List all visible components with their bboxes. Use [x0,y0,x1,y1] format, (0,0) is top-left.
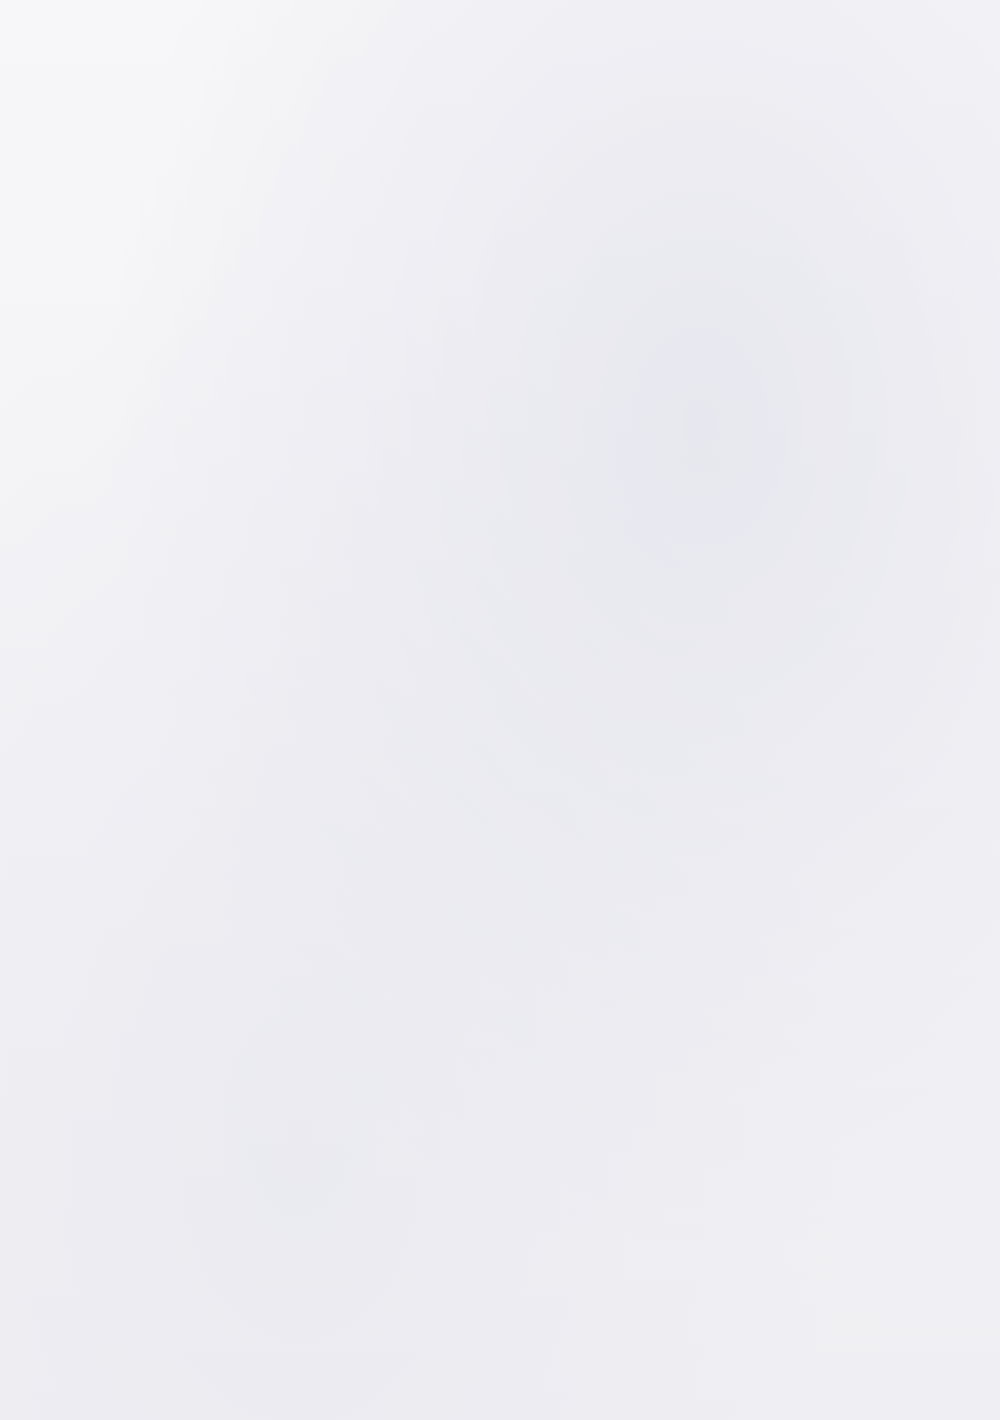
paper-background [0,0,1000,1420]
hero-number-38 [34,22,264,182]
page-footer [80,1372,86,1387]
